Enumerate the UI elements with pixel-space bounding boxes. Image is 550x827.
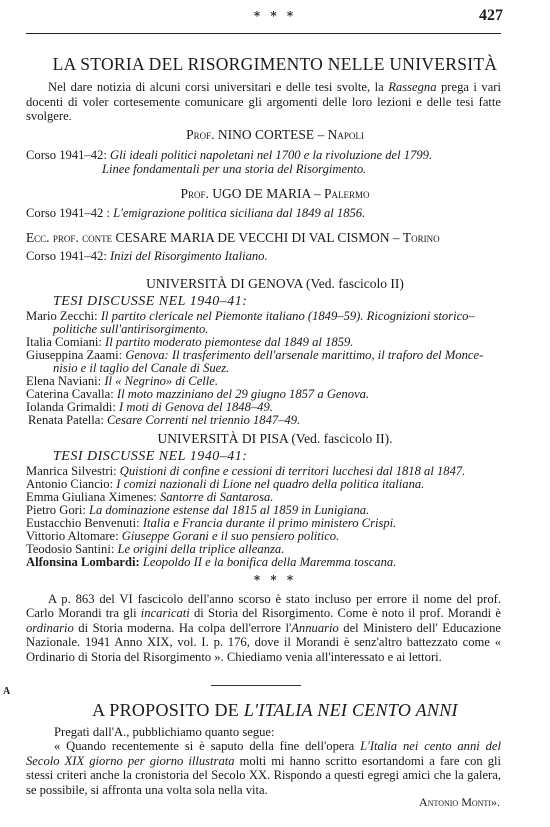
thesis-author: Alfonsina Lombardi: <box>26 555 143 569</box>
prof-city: Torino <box>403 230 440 245</box>
course-title: Inizi del Risorgimento Italiano. <box>110 249 268 263</box>
thesis-item: Italia Comiani: Il partito moderato piem… <box>26 335 353 349</box>
intro-italic: Rassegna <box>388 80 436 94</box>
thesis-title: Genova: Il trasferimento dell'arsenale m… <box>125 348 483 362</box>
section-ornament: * * * <box>0 573 550 587</box>
thesis-item: Manrica Silvestri: Quistioni di confine … <box>26 464 465 478</box>
course-label: Corso 1941–42 : <box>26 206 113 220</box>
thesis-item: Renata Patella: Cesare Correnti nel trie… <box>28 413 300 427</box>
erratum-italic: incaricati <box>141 606 190 620</box>
thesis-item: Pietro Gori: La dominazione estense dal … <box>26 503 369 517</box>
thesis-item: Eustacchio Benvenuti: Italia e Francia d… <box>26 516 396 530</box>
thesis-title: I moti di Genova del 1848–49. <box>119 400 273 414</box>
course-line-cont: Linee fondamentali per una storia del Ri… <box>102 162 366 176</box>
thesis-item: Elena Naviani: Il « Negrino» di Celle. <box>26 374 218 388</box>
prof-prefix: Prof. <box>180 186 208 201</box>
prof-city: Napoli <box>328 127 364 142</box>
tesi-label-pisa: TESI DISCUSSE NEL 1940–41: <box>53 449 247 465</box>
article-separator <box>211 685 301 686</box>
thesis-title: Leopoldo II e la bonifica della Maremma … <box>143 555 396 569</box>
thesis-author: Elena Naviani: <box>26 374 104 388</box>
thesis-title: Santorre di Santarosa. <box>160 490 273 504</box>
article-title: LA STORIA DEL RISORGIMENTO NELLE UNIVERS… <box>0 54 550 75</box>
dash: – <box>390 230 403 245</box>
course-title: L'emigrazione politica siciliana dal 184… <box>113 206 365 220</box>
dash: – <box>314 127 328 142</box>
thesis-title: Le origini della triplice alleanza. <box>117 542 284 556</box>
thesis-cont: nisio e il taglio del Canale di Suez. <box>53 361 229 375</box>
thesis-title: La dominazione estense dal 1815 al 1859 … <box>89 503 369 517</box>
header-ornament: * * * <box>0 9 550 23</box>
thesis-item: Giuseppina Zaami: Genova: Il trasferimen… <box>26 348 483 362</box>
thesis-author: Emma Giuliana Ximenes: <box>26 490 160 504</box>
erratum-text: di Storia moderna. Ha colpa dell'errore … <box>74 621 291 635</box>
intro-text: Nel dare notizia di alcuni corsi univers… <box>48 80 388 94</box>
thesis-title: Il partito clericale nel Piemonte italia… <box>101 309 475 323</box>
page-number: 427 <box>479 7 503 25</box>
thesis-title: Il « Negrino» di Celle. <box>104 374 218 388</box>
thesis-cont: politiche sull'antirisorgimento. <box>53 322 208 336</box>
professor-heading: Prof. UGO DE MARIA – Palermo <box>0 186 550 202</box>
thesis-item: Teodosio Santini: Le origini della tripl… <box>26 542 284 556</box>
signature: Antonio Monti». <box>419 795 500 810</box>
erratum-italic: Annuario <box>291 621 339 635</box>
prof-prefix: Ecc. prof. conte <box>26 230 112 245</box>
thesis-author: Giuseppina Zaami: <box>26 348 125 362</box>
course-line: Corso 1941–42: Inizi del Risorgimento It… <box>26 249 268 263</box>
thesis-author: Manrica Silvestri: <box>26 464 120 478</box>
professor-heading: Ecc. prof. conte CESARE MARIA DE VECCHI … <box>26 231 440 245</box>
article2-title: A PROPOSITO DE L'ITALIA NEI CENTO ANNI <box>0 700 550 721</box>
thesis-item: Mario Zecchi: Il partito clericale nel P… <box>26 309 475 323</box>
document-page: * * * 427 LA STORIA DEL RISORGIMENTO NEL… <box>0 0 550 827</box>
university-heading-genova: UNIVERSITÀ DI GENOVA (Ved. fascicolo II) <box>0 276 550 292</box>
thesis-author: Caterina Cavalla: <box>26 387 117 401</box>
thesis-author: Iolanda Grimaldi: <box>26 400 119 414</box>
thesis-author: Eustacchio Benvenuti: <box>26 516 143 530</box>
intro-paragraph: Nel dare notizia di alcuni corsi univers… <box>26 80 501 124</box>
prof-name: CESARE MARIA DE VECCHI DI VAL CISMON <box>115 230 389 245</box>
thesis-title: Quistioni di confine e cessioni di terri… <box>120 464 466 478</box>
thesis-item: Iolanda Grimaldi: I moti di Genova del 1… <box>26 400 273 414</box>
thesis-item: Vittorio Altomare: Giuseppe Gorani e il … <box>26 529 339 543</box>
thesis-author: Italia Comiani: <box>26 335 105 349</box>
course-line: Corso 1941–42 : L'emigrazione politica s… <box>26 206 365 220</box>
title-italic: L'ITALIA NEI CENTO ANNI <box>244 700 458 720</box>
thesis-author: Antonio Ciancio: <box>26 477 116 491</box>
course-title: Gli ideali politici napoletani nel 1700 … <box>110 148 432 162</box>
course-line: Corso 1941–42: Gli ideali politici napol… <box>26 148 432 162</box>
course-label: Corso 1941–42: <box>26 148 110 162</box>
thesis-title: Il moto mazziniano del 29 giugno 1857 a … <box>117 387 369 401</box>
thesis-title: Cesare Correnti nel triennio 1847–49. <box>107 413 300 427</box>
erratum-paragraph: A p. 863 del VI fascicolo dell'anno scor… <box>26 592 501 664</box>
thesis-author: Mario Zecchi: <box>26 309 101 323</box>
thesis-item: Caterina Cavalla: Il moto mazziniano del… <box>26 387 369 401</box>
thesis-item: Emma Giuliana Ximenes: Santorre di Santa… <box>26 490 273 504</box>
prof-name: NINO CORTESE <box>218 127 314 142</box>
thesis-title: Il partito moderato piemontese dal 1849 … <box>105 335 353 349</box>
quote-text: « Quando recentemente si è saputo della … <box>54 739 360 753</box>
thesis-author: Renata Patella: <box>28 413 107 427</box>
thesis-item: Alfonsina Lombardi: Leopoldo II e la bon… <box>26 555 396 569</box>
header-rule <box>26 33 501 34</box>
professor-heading: Prof. NINO CORTESE – Napoli <box>0 127 550 143</box>
thesis-author: Teodosio Santini: <box>26 542 117 556</box>
prof-name: UGO DE MARIA <box>212 186 310 201</box>
erratum-italic: ordinario <box>26 621 74 635</box>
prof-city: Palermo <box>324 186 370 201</box>
thesis-item: Antonio Ciancio: I comizi nazionali di L… <box>26 477 424 491</box>
thesis-title: I comizi nazionali di Lione nel quadro d… <box>116 477 424 491</box>
course-label: Corso 1941–42: <box>26 249 110 263</box>
title-roman: A PROPOSITO DE <box>92 700 244 720</box>
article2-intro: Pregati dall'A., pubblichiamo quanto seg… <box>54 725 275 739</box>
university-heading-pisa: UNIVERSITÀ DI PISA (Ved. fascicolo II). <box>0 431 550 447</box>
article2-quote: « Quando recentemente si è saputo della … <box>26 739 501 797</box>
thesis-title: Italia e Francia durante il primo minist… <box>143 516 397 530</box>
tesi-label-genova: TESI DISCUSSE NEL 1940–41: <box>53 294 247 310</box>
thesis-author: Pietro Gori: <box>26 503 89 517</box>
thesis-title: Giuseppe Gorani e il suo pensiero politi… <box>122 529 339 543</box>
dash: – <box>311 186 325 201</box>
margin-mark: A <box>3 686 10 697</box>
erratum-text: di Storia del Risorgimento. Come è noto … <box>190 606 501 620</box>
thesis-author: Vittorio Altomare: <box>26 529 122 543</box>
prof-prefix: Prof. <box>186 127 214 142</box>
